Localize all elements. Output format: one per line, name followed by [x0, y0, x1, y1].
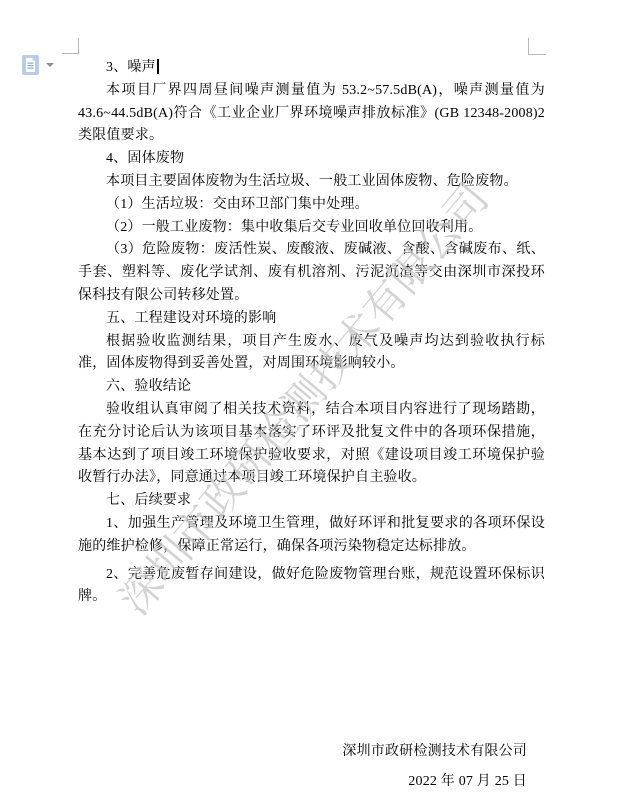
document-text-area[interactable]: 3、噪声本项目厂界四周昼间噪声测量值为 53.2~57.5dB(A)，噪声测量值…: [78, 57, 545, 794]
signature-company: 深圳市政研检测技术有限公司: [78, 741, 545, 764]
doc-heading[interactable]: 3、噪声: [78, 57, 545, 80]
doc-paragraph[interactable]: （3）危险废物：废活性炭、废酸液、废碱液、含酸、含碱废布、纸、手套、塑料等、废化…: [78, 239, 545, 307]
doc-text: （1）生活垃圾：交由环卫部门集中处理。: [106, 197, 369, 212]
paste-options-icon: [22, 55, 39, 75]
doc-text: 本项目厂界四周昼间噪声测量值为 53.2~57.5dB(A)，噪声测量值为 43…: [78, 83, 545, 144]
doc-paragraph[interactable]: 本项目厂界四周昼间噪声测量值为 53.2~57.5dB(A)，噪声测量值为 43…: [78, 80, 545, 148]
doc-text: （2）一般工业废物：集中收集后交专业回收单位回收利用。: [106, 220, 482, 235]
document-page[interactable]: 深圳市政研检测技术有限公司 3、噪声本项目厂界四周昼间噪声测量值为 53.2~5…: [0, 0, 622, 808]
doc-heading[interactable]: 4、固体废物: [78, 148, 545, 171]
text-boundary-mark-top-right: [528, 38, 546, 55]
signature-date: 2022 年 07 月 25 日: [78, 771, 545, 794]
doc-heading[interactable]: 六、验收结论: [78, 376, 545, 399]
doc-paragraph[interactable]: 根据验收监测结果，项目产生废水、废气及噪声均达到验收执行标准，固体废物得到妥善处…: [78, 331, 545, 377]
doc-text: 本项目主要固体废物为生活垃圾、一般工业固体废物、危险废物。: [106, 174, 518, 189]
doc-text: 六、验收结论: [106, 379, 191, 394]
doc-paragraph[interactable]: 1、加强生产管理及环境卫生管理，做好环评和批复要求的各项环保设施的维护检修，保障…: [78, 513, 545, 559]
doc-text: 2、完善危废暂存间建设，做好危险废物管理台账，规范设置环保标识牌。: [78, 567, 545, 605]
doc-text: 4、固体废物: [106, 151, 184, 166]
text-cursor: [157, 59, 159, 74]
doc-text: 1、加强生产管理及环境卫生管理，做好环评和批复要求的各项环保设施的维护检修，保障…: [78, 516, 545, 554]
doc-paragraph[interactable]: 验收组认真审阅了相关技术资料，结合本项目内容进行了现场踏勘，在充分讨论后认为该项…: [78, 399, 545, 490]
doc-heading[interactable]: 五、工程建设对环境的影响: [78, 308, 545, 331]
doc-text: 五、工程建设对环境的影响: [106, 311, 276, 326]
doc-text: 七、后续要求: [106, 493, 191, 508]
doc-text: 3、噪声: [106, 60, 156, 75]
doc-paragraph[interactable]: （1）生活垃圾：交由环卫部门集中处理。: [78, 194, 545, 217]
doc-paragraph[interactable]: 2、完善危废暂存间建设，做好危险废物管理台账，规范设置环保标识牌。: [78, 564, 545, 610]
doc-paragraph[interactable]: （2）一般工业废物：集中收集后交专业回收单位回收利用。: [78, 217, 545, 240]
doc-text: 验收组认真审阅了相关技术资料，结合本项目内容进行了现场踏勘，在充分讨论后认为该项…: [78, 402, 545, 485]
chevron-down-icon: [46, 63, 54, 67]
doc-heading[interactable]: 七、后续要求: [78, 490, 545, 513]
paste-options-button[interactable]: [22, 55, 54, 75]
doc-text: 根据验收监测结果，项目产生废水、废气及噪声均达到验收执行标准，固体废物得到妥善处…: [78, 334, 545, 372]
text-boundary-mark-top-left: [62, 38, 79, 54]
doc-paragraph[interactable]: 本项目主要固体废物为生活垃圾、一般工业固体废物、危险废物。: [78, 171, 545, 194]
doc-text: （3）危险废物：废活性炭、废酸液、废碱液、含酸、含碱废布、纸、手套、塑料等、废化…: [78, 242, 545, 303]
